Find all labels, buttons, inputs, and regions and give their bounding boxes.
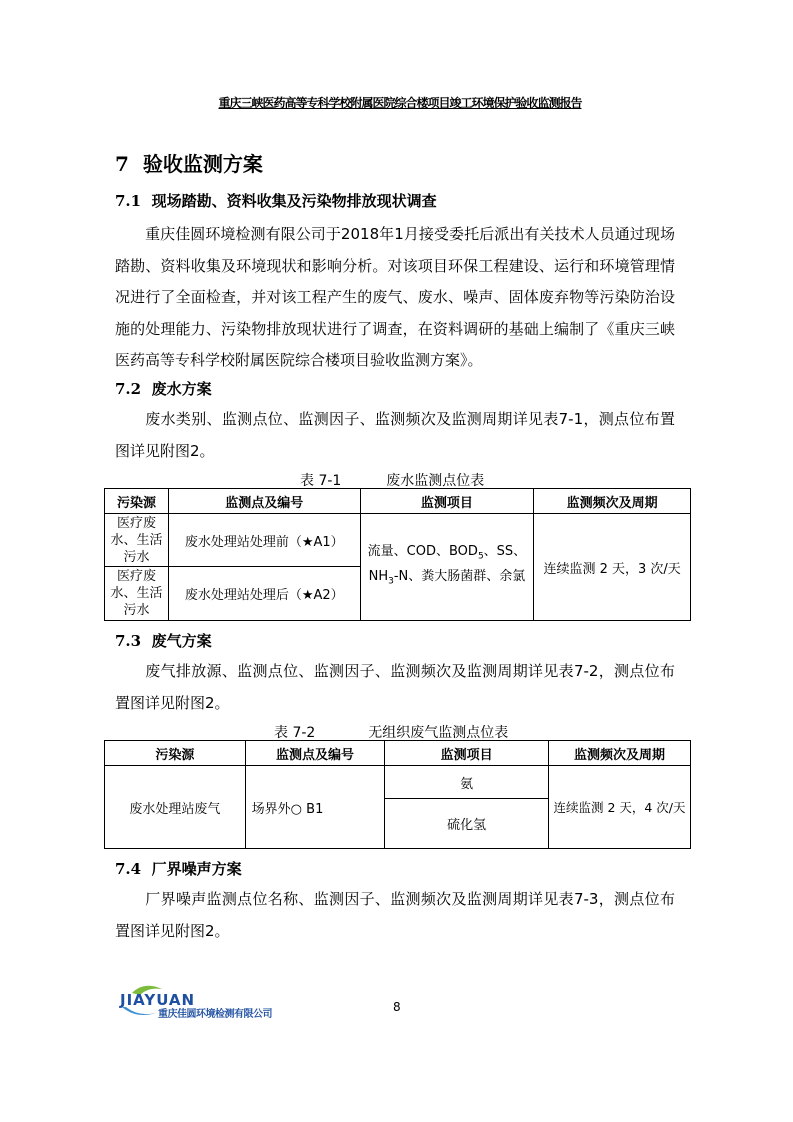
- table-header-row: 污染源 监测点及编号 监测项目 监测频次及周期: [105, 489, 691, 514]
- table-wastewater-monitoring: 污染源 监测点及编号 监测项目 监测频次及周期 医疗废水、生活污水 废水处理站处…: [104, 488, 691, 621]
- table-caption-7-2: 表 7-2 无组织废气监测点位表: [274, 722, 508, 742]
- section-paragraph-7-3: 废气排放源、监测点位、监测因子、监测频次及监测周期详见表7-2，测点位布置图详见…: [115, 656, 675, 719]
- section-paragraph-7-4: 厂界噪声监测点位名称、监测因子、监测频次及监测周期详见表7-3，测点位布置图详见…: [115, 884, 675, 947]
- table-row: 医疗废水、生活污水 废水处理站处理前（★A1） 流量、COD、BOD5、SS、 …: [105, 514, 691, 567]
- section-title: 现场踏勘、资料收集及污染物排放现状调查: [152, 192, 437, 210]
- section-paragraph-7-1: 重庆佳圆环境检测有限公司于2018年1月接受委托后派出有关技术人员通过现场踏勘、…: [115, 219, 675, 377]
- source-cell: 废水处理站废气: [105, 766, 246, 849]
- chapter-heading: 7 验收监测方案: [115, 148, 263, 177]
- section-title: 厂界噪声方案: [152, 860, 242, 878]
- item-cell-ammonia: 氨: [385, 766, 549, 799]
- section-number: 7.2: [115, 380, 141, 398]
- section-heading-7-4: 7.4 厂界噪声方案: [115, 858, 242, 879]
- company-logo: JIAYUAN 重庆佳圆环境检测有限公司: [118, 983, 278, 1019]
- header-cell: 监测项目: [360, 489, 534, 514]
- items-text: 、SS、: [484, 544, 527, 559]
- item-cell-hydrogen-sulfide: 硫化氢: [385, 799, 549, 849]
- point-cell: 场界外○ B1: [245, 766, 385, 849]
- point-cell: 废水处理站处理前（★A1）: [168, 514, 360, 567]
- report-header-title: 重庆三峡医药高等专科学校附属医院综合楼项目竣工环境保护验收监测报告: [200, 94, 600, 111]
- section-number: 7.1: [115, 192, 141, 210]
- caption-title: 废水监测点位表: [386, 470, 484, 490]
- paragraph-text: 重庆佳圆环境检测有限公司于2018年1月接受委托后派出有关技术人员通过现场踏勘、…: [115, 225, 675, 369]
- source-cell: 医疗废水、生活污水: [105, 514, 169, 567]
- header-cell: 污染源: [105, 489, 169, 514]
- section-heading-7-1: 7.1 现场踏勘、资料收集及污染物排放现状调查: [115, 190, 437, 211]
- table-row: 废水处理站废气 场界外○ B1 氨 连续监测 2 天，4 次/天: [105, 766, 691, 799]
- table-header-row: 污染源 监测点及编号 监测项目 监测频次及周期: [105, 741, 691, 766]
- section-heading-7-3: 7.3 废气方案: [115, 630, 212, 651]
- page-number: 8: [393, 1000, 401, 1014]
- header-cell: 监测点及编号: [168, 489, 360, 514]
- frequency-cell: 连续监测 2 天，3 次/天: [534, 514, 691, 621]
- section-paragraph-7-2: 废水类别、监测点位、监测因子、监测频次及监测周期详见表7-1，测点位布置图详见附…: [115, 404, 675, 467]
- paragraph-text: 废气排放源、监测点位、监测因子、监测频次及监测周期详见表7-2，测点位布置图详见…: [115, 662, 675, 712]
- section-title: 废气方案: [152, 632, 212, 650]
- header-cell: 污染源: [105, 741, 246, 766]
- items-text: NH: [369, 569, 389, 584]
- header-cell: 监测项目: [385, 741, 549, 766]
- caption-number: 表 7-2: [274, 722, 315, 742]
- items-text: 流量、COD、BOD: [368, 544, 478, 559]
- items-text: -N、粪大肠菌群、余氯: [394, 569, 525, 584]
- caption-number: 表 7-1: [300, 470, 341, 490]
- paragraph-text: 废水类别、监测点位、监测因子、监测频次及监测周期详见表7-1，测点位布置图详见附…: [115, 410, 675, 460]
- section-number: 7.4: [115, 860, 141, 878]
- section-heading-7-2: 7.2 废水方案: [115, 378, 212, 399]
- caption-title: 无组织废气监测点位表: [368, 722, 508, 742]
- table-caption-7-1: 表 7-1 废水监测点位表: [300, 470, 484, 490]
- table-exhaust-monitoring: 污染源 监测点及编号 监测项目 监测频次及周期 废水处理站废气 场界外○ B1 …: [104, 740, 691, 849]
- header-cell: 监测点及编号: [245, 741, 385, 766]
- frequency-cell: 连续监测 2 天，4 次/天: [549, 766, 691, 849]
- logo-company-name: 重庆佳圆环境检测有限公司: [158, 1005, 272, 1020]
- section-title: 废水方案: [152, 380, 212, 398]
- items-cell: 流量、COD、BOD5、SS、 NH3-N、粪大肠菌群、余氯: [360, 514, 534, 621]
- source-cell: 医疗废水、生活污水: [105, 567, 169, 621]
- paragraph-text: 厂界噪声监测点位名称、监测因子、监测频次及监测周期详见表7-3，测点位布置图详见…: [115, 890, 675, 940]
- point-cell: 废水处理站处理后（★A2）: [168, 567, 360, 621]
- header-cell: 监测频次及周期: [534, 489, 691, 514]
- header-cell: 监测频次及周期: [549, 741, 691, 766]
- chapter-number: 7: [115, 152, 129, 176]
- chapter-title: 验收监测方案: [143, 152, 263, 176]
- section-number: 7.3: [115, 632, 141, 650]
